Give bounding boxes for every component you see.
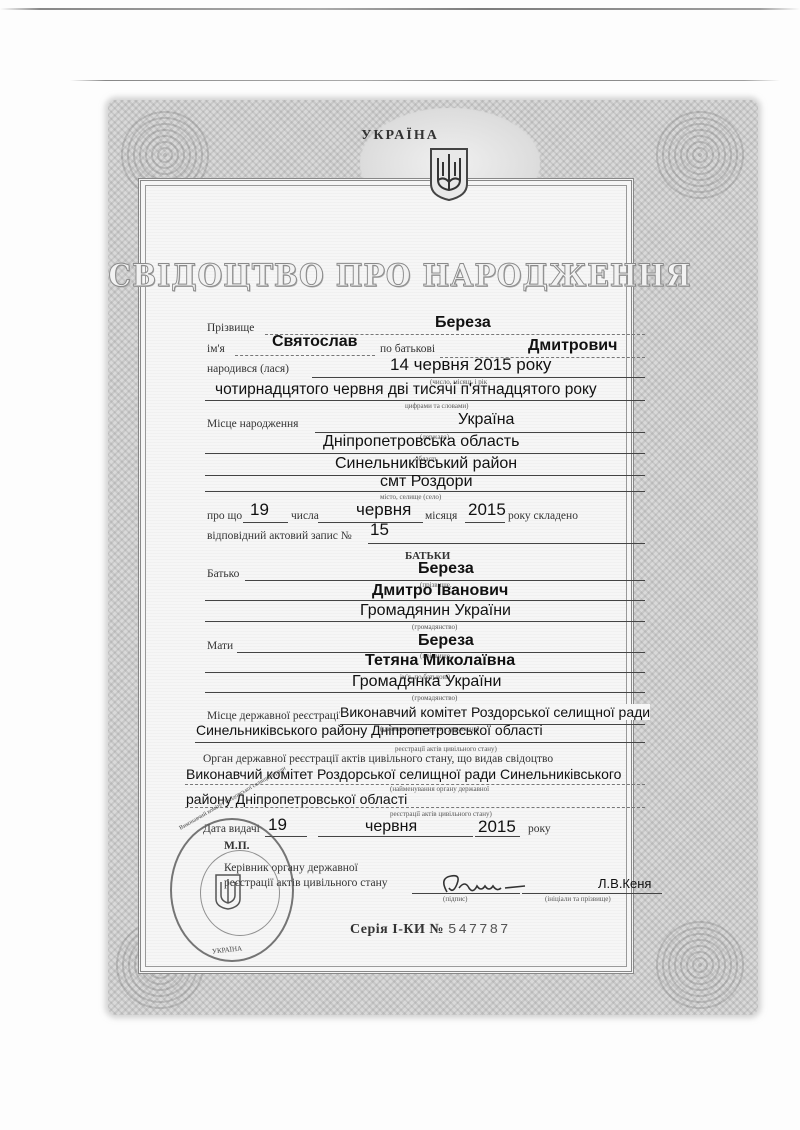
issue-day: 19	[268, 815, 287, 835]
signatory-name-line	[522, 893, 662, 894]
country-heading: УКРАЇНА	[0, 128, 800, 144]
mother-citizenship-line	[205, 692, 645, 693]
child-patronymic: Дмитрович	[528, 337, 617, 355]
record-month-label: місяця	[425, 510, 457, 522]
birth-date-words-line	[205, 400, 645, 401]
scan-edge-top	[0, 8, 800, 10]
name-line	[235, 355, 375, 356]
scan-edge-second	[70, 80, 780, 81]
record-prefix: про що	[207, 510, 242, 522]
birthplace-country: Україна	[458, 411, 514, 429]
serial-label: Серія І-КИ №	[350, 922, 444, 937]
registration-place-label: Місце державної реєстрації	[207, 710, 342, 722]
registration-place-hint2: реєстрації актів цивільного стану)	[395, 745, 497, 753]
registration-place-line2: Синельниківського району Дніпропетровськ…	[196, 722, 543, 738]
birthplace-region-line	[205, 453, 645, 454]
serial-number: Серія І-КИ № 547787	[350, 922, 510, 938]
father-label: Батько	[207, 568, 239, 580]
entry-line	[368, 543, 645, 544]
patronymic-label: по батькові	[380, 343, 435, 355]
record-month: червня	[356, 500, 411, 520]
birth-date-words-hint: цифрами та словами)	[405, 402, 469, 410]
signature-hint: (підпис)	[443, 895, 468, 903]
issuer-line1: Виконавчий комітет Роздорської селищної …	[186, 766, 621, 782]
entry-number: 15	[370, 520, 389, 540]
mother-citizenship: Громадянка України	[352, 673, 501, 691]
record-year: 2015	[468, 500, 506, 520]
serial-value: 547787	[448, 922, 510, 938]
birthplace-locality: смт Роздори	[380, 473, 473, 491]
record-year-line	[465, 522, 505, 523]
issue-year: 2015	[478, 817, 516, 837]
birthplace-locality-line	[205, 491, 645, 492]
birthplace-region: Дніпропетровська область	[323, 433, 519, 451]
father-citizenship-line	[205, 621, 645, 622]
record-day: 19	[250, 500, 269, 520]
father-citizenship: Громадянин України	[360, 602, 511, 620]
document-title: Свідоцтво про народження	[32, 258, 768, 294]
record-day-line	[243, 522, 288, 523]
mother-citizenship-hint: (громадянство)	[412, 694, 457, 702]
corner-ornament-top-right	[655, 110, 745, 200]
father-name-line	[205, 600, 645, 601]
issuer-line2	[185, 807, 645, 808]
father-citizenship-hint: (громадянство)	[412, 623, 457, 631]
signatory-name-hint: (ініціали та прізвище)	[545, 895, 611, 903]
issue-month-line	[318, 836, 473, 837]
father-surname: Береза	[418, 560, 474, 578]
birthplace-label: Місце народження	[207, 418, 298, 430]
issuer-label: Орган державної реєстрації актів цивільн…	[203, 753, 553, 765]
child-surname: Береза	[435, 314, 491, 332]
mother-name: Тетяна Миколаївна	[365, 652, 515, 670]
birth-date: 14 червня 2015 року	[390, 355, 551, 375]
signatory-name: Л.В.Кеня	[598, 876, 651, 891]
entry-label: відповідний актовий запис №	[207, 530, 352, 542]
registration-place-line2	[195, 742, 645, 743]
trident-coat-of-arms-icon	[428, 146, 470, 202]
mother-surname: Береза	[418, 632, 474, 650]
mother-label: Мати	[207, 640, 233, 652]
issuer-hint2: реєстрації актів цивільного стану)	[390, 810, 492, 818]
record-year-label: року складено	[508, 510, 578, 522]
corner-ornament-bottom-right	[655, 920, 745, 1010]
seal-trident-icon	[214, 873, 242, 911]
registration-place-line1: Виконавчий комітет Роздорської селищної …	[340, 704, 650, 720]
birth-date-words: чотирнадцятого червня дві тисячі п'ятнад…	[215, 381, 597, 399]
birthplace-district: Синельниківський район	[335, 455, 517, 473]
father-name: Дмитро Іванович	[372, 582, 508, 600]
surname-label: Прізвище	[207, 322, 254, 334]
issue-year-label: року	[528, 823, 551, 835]
record-day-label: числа	[291, 510, 319, 522]
born-label: народився (лася)	[207, 363, 289, 375]
issue-month: червня	[365, 818, 417, 836]
name-label: ім'я	[207, 343, 225, 355]
child-name: Святослав	[272, 333, 358, 351]
